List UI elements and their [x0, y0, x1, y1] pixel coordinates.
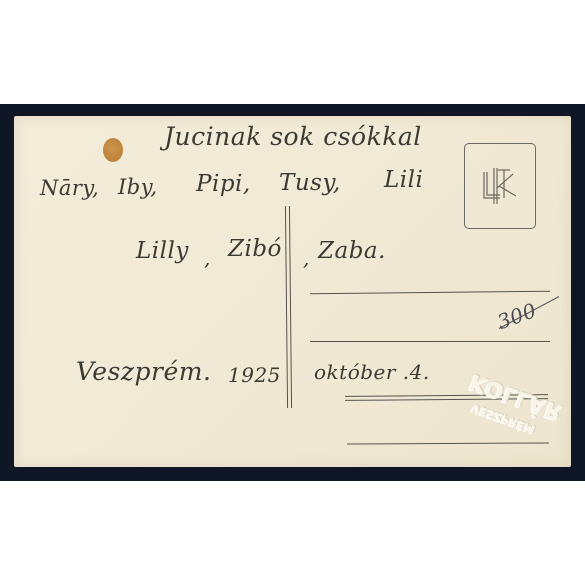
comma: , — [303, 246, 310, 270]
name-iby: Iby, — [118, 175, 158, 199]
name-nary: Nāry, — [40, 176, 99, 200]
date-text: október .4. — [314, 360, 430, 384]
name-zibo: Zibó — [228, 236, 282, 262]
greeting-text: Jucinak sok csókkal — [164, 122, 422, 151]
name-lili: Lili — [384, 167, 423, 193]
year-text: 1925 — [228, 363, 281, 387]
name-zaba: Zaba. — [318, 238, 386, 264]
name-pipi: Pipi, — [196, 171, 251, 197]
lkt-monogram-icon — [465, 144, 535, 228]
address-line-2 — [310, 341, 550, 342]
stamp-placeholder-box — [464, 143, 536, 229]
comma: , — [204, 246, 211, 270]
place-text: Veszprém. — [76, 357, 211, 386]
stain-spot — [103, 138, 123, 162]
name-tusy: Tusy, — [279, 170, 341, 196]
name-lilly: Lilly — [136, 238, 189, 264]
